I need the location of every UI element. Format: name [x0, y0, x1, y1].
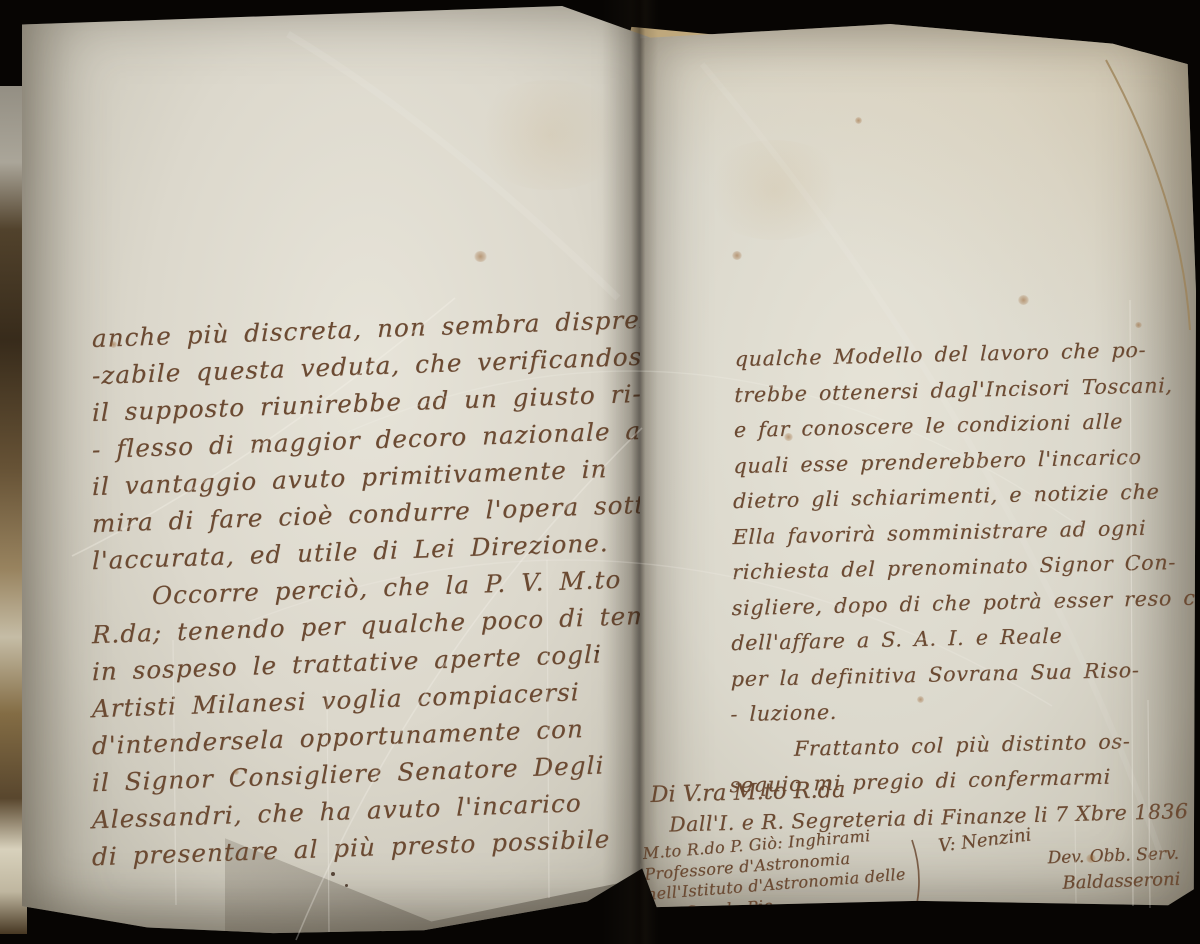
right-page: qualche Modello del lavoro che po- trebb… — [640, 24, 1196, 916]
address-brace-icon — [910, 838, 928, 916]
right-page-text: qualche Modello del lavoro che po- trebb… — [729, 331, 1196, 803]
signature-name: Baldasseroni — [1048, 867, 1181, 897]
left-page: anche più discreta, non sembra disprez- … — [22, 6, 650, 934]
signature-block: Dev. Obb. Serv. Baldasseroni — [1047, 842, 1181, 897]
left-page-text: anche più discreta, non sembra disprez- … — [92, 300, 650, 875]
manuscript-photo: anche più discreta, non sembra disprez- … — [0, 0, 1200, 944]
